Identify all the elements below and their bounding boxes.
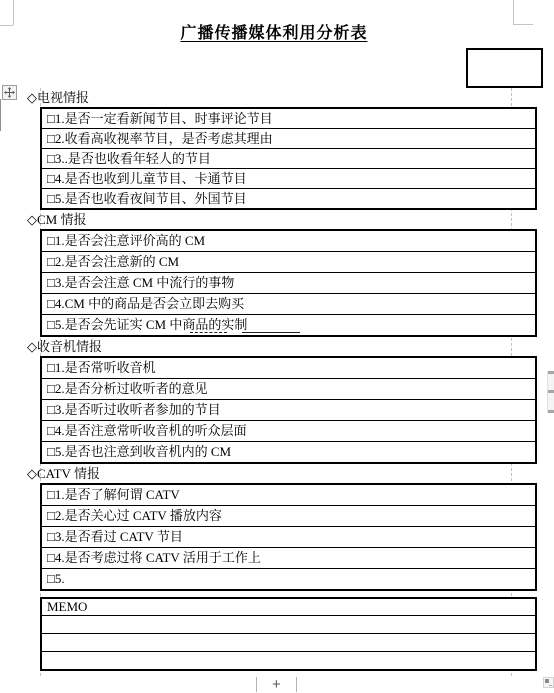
document-page: 广播传播媒体利用分析表 ◇电视情报 □1.是否一定看新闻节目、时事评论节目 □2… [0,0,554,693]
question-row[interactable]: □1.是否了解何谓 CATV [41,484,536,506]
memo-label-cell[interactable]: MEMO [41,598,536,616]
question-row[interactable]: □4.是否考虑过将 CATV 活用于工作上 [41,548,536,569]
question-row[interactable]: □1.是否一定看新闻节目、时事评论节目 [41,108,536,129]
left-edge-line [0,99,1,131]
name-box[interactable] [466,48,543,88]
question-row[interactable]: □3.是否听过收听者参加的节目 [41,400,536,421]
section-header-radio: ◇收音机情报 [27,337,538,356]
vertical-scrollbar[interactable] [547,371,554,413]
question-row[interactable]: □2.是否会注意新的 CM [41,252,536,273]
insert-control[interactable]: + [256,677,297,692]
question-row[interactable]: □5.是否也收看夜间节目、外国节目 [41,189,536,210]
question-row[interactable]: □4.是否注意常听收音机的听众层面 [41,421,536,442]
resize-grip-icon[interactable] [543,677,554,688]
question-table-cm: □1.是否会注意评价高的 CM □2.是否会注意新的 CM □3.是否会注意 C… [40,229,537,337]
section-radio: ◇收音机情报 □1.是否常听收音机 □2.是否分析过收听者的意见 □3.是否听过… [27,337,538,464]
section-catv: ◇CATV 情报 □1.是否了解何谓 CATV □2.是否关心过 CATV 播放… [27,464,538,591]
question-row[interactable]: □3..是否也收看年轻人的节目 [41,149,536,169]
memo-table: MEMO [40,597,537,671]
question-row[interactable]: □4.是否也收到儿童节目、卡通节目 [41,169,536,189]
question-row[interactable]: □3.是否看过 CATV 节目 [41,527,536,548]
question-table-radio: □1.是否常听收音机 □2.是否分析过收听者的意见 □3.是否听过收听者参加的节… [40,356,537,464]
question-table-tv: □1.是否一定看新闻节目、时事评论节目 □2.收看高收视率节目，是否考虑其理由 … [40,107,537,210]
section-cm: ◇CM 情报 □1.是否会注意评价高的 CM □2.是否会注意新的 CM □3.… [27,210,538,337]
scrollbar-mark [548,371,554,374]
section-header-cm: ◇CM 情报 [27,210,538,229]
question-table-catv: □1.是否了解何谓 CATV □2.是否关心过 CATV 播放内容 □3.是否看… [40,483,537,591]
section-tv: ◇电视情报 □1.是否一定看新闻节目、时事评论节目 □2.收看高收视率节目，是否… [27,88,538,210]
scrollbar-mark [548,410,554,413]
move-icon [4,87,15,98]
question-row[interactable]: □1.是否会注意评价高的 CM [41,230,536,252]
divider [296,677,297,692]
memo-row[interactable] [41,652,536,671]
question-row[interactable]: □4.CM 中的商品是否会立即去购买 [41,294,536,315]
question-row[interactable]: □1.是否常听收音机 [41,357,536,379]
section-header-tv: ◇电视情报 [27,88,538,107]
question-text: □5.是否会先证实 CM 中商品的实制 [47,317,247,332]
divider [256,677,257,692]
memo-row[interactable] [41,634,536,652]
question-row[interactable]: □5.是否也注意到收音机内的 CM [41,442,536,464]
question-row[interactable]: □5. [41,569,536,591]
scrollbar-mark [548,390,554,393]
fill-in-line [242,332,300,333]
section-header-catv: ◇CATV 情报 [27,464,538,483]
question-row[interactable]: □2.是否分析过收听者的意见 [41,379,536,400]
page-title-text: 广播传播媒体利用分析表 [180,25,367,42]
proofing-underline [190,332,227,333]
plus-icon[interactable]: + [272,677,281,692]
table-move-handle[interactable] [2,85,17,100]
memo-row[interactable] [41,616,536,634]
question-row[interactable]: □2.收看高收视率节目，是否考虑其理由 [41,129,536,149]
question-row[interactable]: □5.是否会先证实 CM 中商品的实制 [41,315,536,337]
questionnaire: ◇电视情报 □1.是否一定看新闻节目、时事评论节目 □2.收看高收视率节目，是否… [27,88,538,591]
question-row[interactable]: □2.是否关心过 CATV 播放内容 [41,506,536,527]
question-row[interactable]: □3.是否会注意 CM 中流行的事物 [41,273,536,294]
page-title: 广播传播媒体利用分析表 [0,20,548,43]
